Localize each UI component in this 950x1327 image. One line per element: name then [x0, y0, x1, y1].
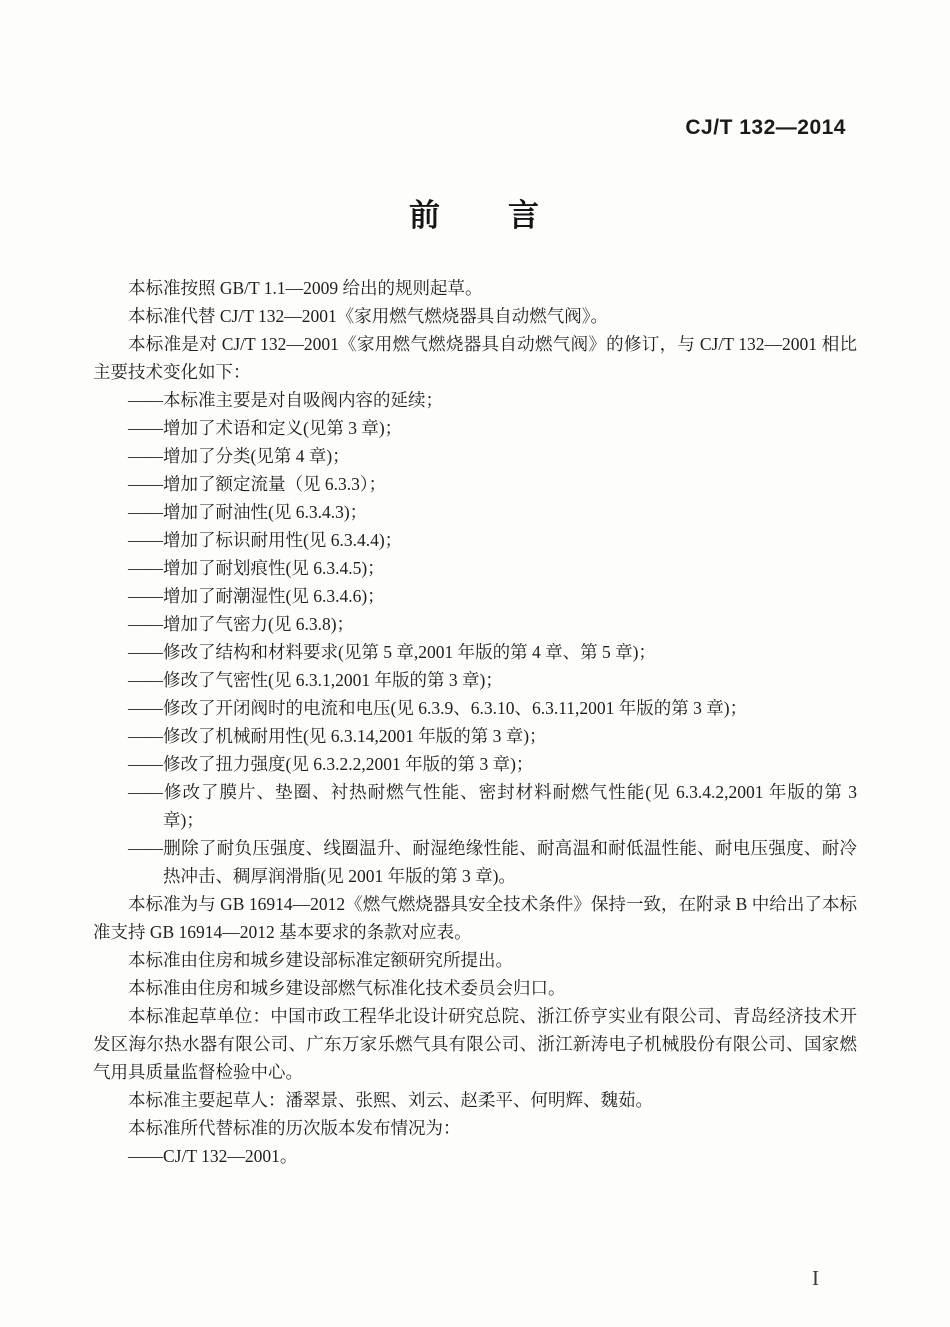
closing-paragraphs: 本标准为与 GB 16914—2012《燃气燃烧器具安全技术条件》保持一致，在附…: [93, 890, 857, 1142]
paragraph: 本标准由住房和城乡建设部燃气标准化技术委员会归口。: [93, 974, 857, 1002]
foreword-body: 本标准按照 GB/T 1.1—2009 给出的规则起草。 本标准代替 CJ/T …: [93, 274, 857, 1170]
change-list: ——本标准主要是对自吸阀内容的延续； ——增加了术语和定义(见第 3 章)； —…: [93, 386, 857, 890]
change-list-item: ——修改了结构和材料要求(见第 5 章,2001 年版的第 4 章、第 5 章)…: [93, 638, 857, 666]
paragraph: 本标准按照 GB/T 1.1—2009 给出的规则起草。: [93, 274, 857, 302]
history-list: ——CJ/T 132—2001。: [93, 1142, 857, 1170]
change-list-item: ——增加了耐划痕性(见 6.3.4.5)；: [93, 554, 857, 582]
history-list-item: ——CJ/T 132—2001。: [93, 1142, 857, 1170]
change-list-item: ——删除了耐负压强度、线圈温升、耐湿绝缘性能、耐高温和耐低温性能、耐电压强度、耐…: [93, 834, 857, 890]
change-list-item: ——增加了标识耐用性(见 6.3.4.4)；: [93, 526, 857, 554]
paragraph: 本标准由住房和城乡建设部标准定额研究所提出。: [93, 946, 857, 974]
paragraph: 本标准主要起草人：潘翠景、张熙、刘云、赵柔平、何明辉、魏茹。: [93, 1086, 857, 1114]
change-list-item: ——修改了扭力强度(见 6.3.2.2,2001 年版的第 3 章)；: [93, 750, 857, 778]
document-page: CJ/T 132—2014 前 言 本标准按照 GB/T 1.1—2009 给出…: [0, 0, 950, 1327]
foreword-title: 前 言: [0, 190, 950, 235]
change-list-item: ——增加了额定流量（见 6.3.3）；: [93, 470, 857, 498]
change-list-item: ——增加了耐潮湿性(见 6.3.4.6)；: [93, 582, 857, 610]
paragraph: 本标准所代替标准的历次版本发布情况为：: [93, 1114, 857, 1142]
change-list-item: ——本标准主要是对自吸阀内容的延续；: [93, 386, 857, 414]
page-number: I: [812, 1266, 819, 1291]
change-list-item: ——增加了术语和定义(见第 3 章)；: [93, 414, 857, 442]
standard-code: CJ/T 132—2014: [685, 116, 846, 140]
paragraph: 本标准代替 CJ/T 132—2001《家用燃气燃烧器具自动燃气阀》。: [93, 302, 857, 330]
paragraph: 本标准为与 GB 16914—2012《燃气燃烧器具安全技术条件》保持一致，在附…: [93, 890, 857, 946]
change-list-item: ——修改了气密性(见 6.3.1,2001 年版的第 3 章)；: [93, 666, 857, 694]
change-list-item: ——增加了气密力(见 6.3.8)；: [93, 610, 857, 638]
change-list-item: ——修改了开闭阀时的电流和电压(见 6.3.9、6.3.10、6.3.11,20…: [93, 694, 857, 722]
change-list-item: ——增加了耐油性(见 6.3.4.3)；: [93, 498, 857, 526]
paragraph: 本标准是对 CJ/T 132—2001《家用燃气燃烧器具自动燃气阀》的修订，与 …: [93, 330, 857, 386]
change-list-item: ——修改了膜片、垫圈、衬热耐燃气性能、密封材料耐燃气性能(见 6.3.4.2,2…: [93, 778, 857, 834]
change-list-item: ——增加了分类(见第 4 章)；: [93, 442, 857, 470]
change-list-item: ——修改了机械耐用性(见 6.3.14,2001 年版的第 3 章)；: [93, 722, 857, 750]
paragraph: 本标准起草单位：中国市政工程华北设计研究总院、浙江侨亨实业有限公司、青岛经济技术…: [93, 1002, 857, 1086]
intro-paragraphs: 本标准按照 GB/T 1.1—2009 给出的规则起草。 本标准代替 CJ/T …: [93, 274, 857, 386]
